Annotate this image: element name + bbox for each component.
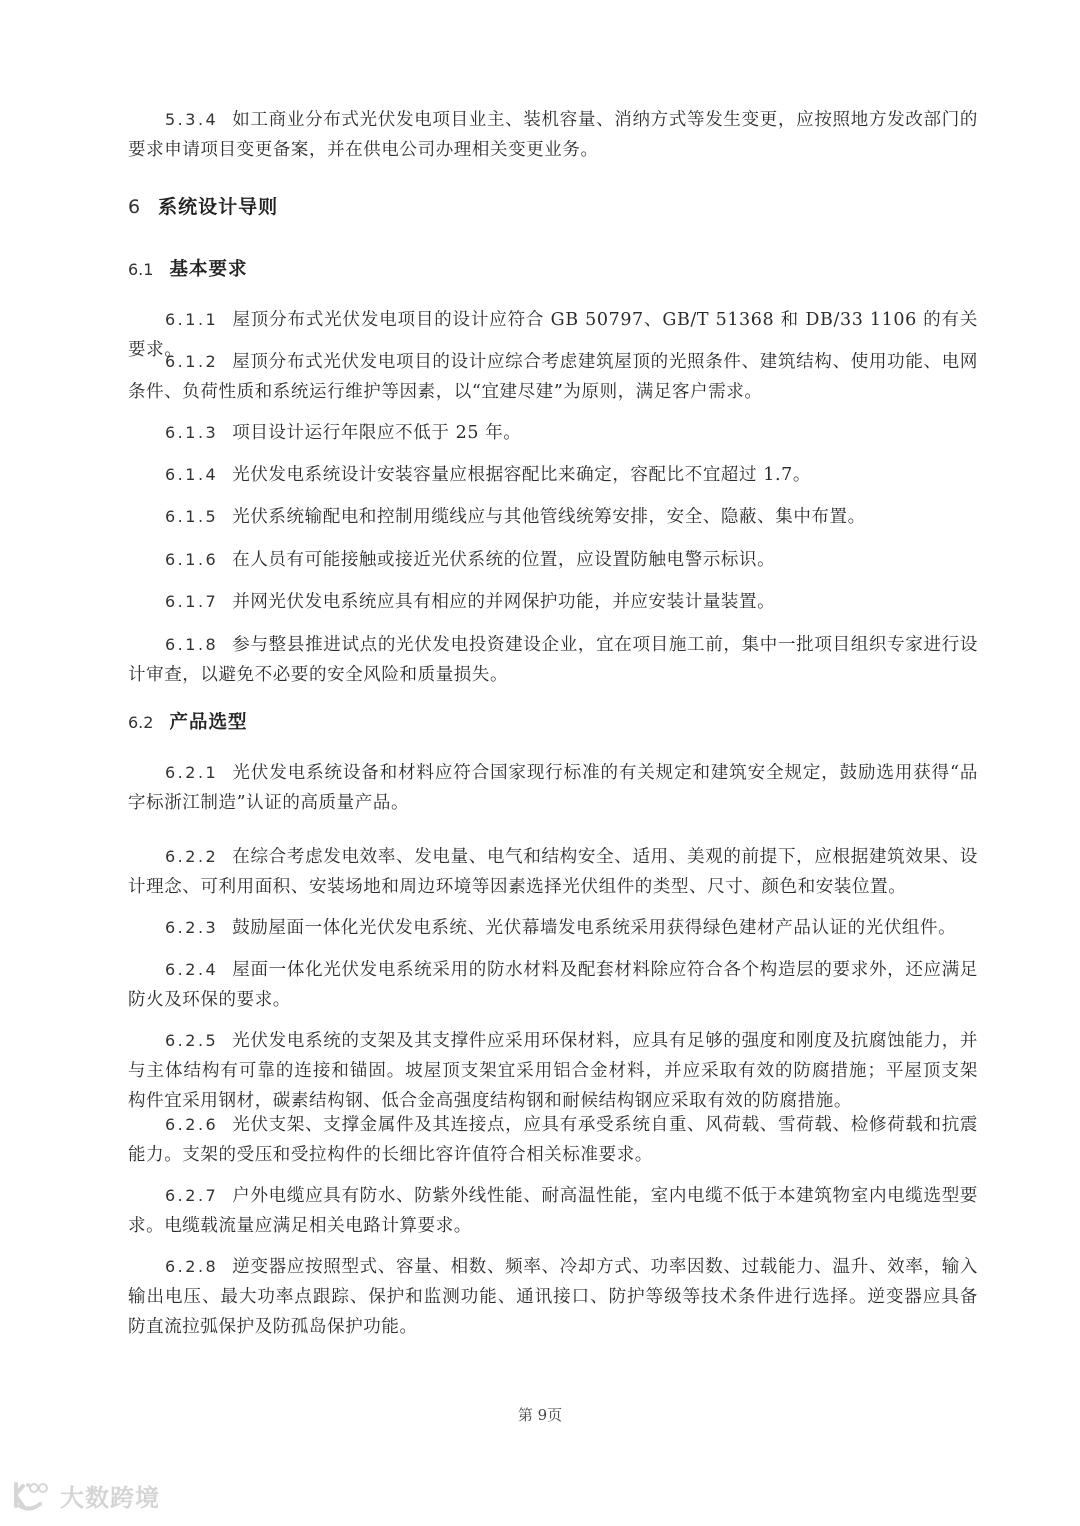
clause-text: 并网光伏发电系统应具有相应的并网保护功能，并应安装计量装置。 [232, 592, 775, 612]
subsection-number: 6.2 [128, 713, 153, 732]
clause-text: 参与整县推进试点的光伏发电投资建设企业，宜在项目施工前，集中一批项目组织专家进行… [128, 635, 978, 685]
clause-number: 6.1.5 [165, 507, 218, 526]
subsection-title: 产品选型 [169, 712, 247, 733]
clause-6-2-2: 6.2.2在综合考虑发电效率、发电量、电气和结构安全、适用、美观的前提下，应根据… [128, 842, 978, 902]
clause-number: 6.2.1 [165, 763, 218, 782]
watermark-brand-text: 大数跨境 [60, 1478, 160, 1513]
clause-number: 5.3.4 [165, 110, 218, 129]
clause-6-2-7: 6.2.7户外电缆应具有防水、防紫外线性能、耐高温性能，室内电缆不低于本建筑物室… [128, 1181, 978, 1241]
clause-6-2-6: 6.2.6光伏支架、支撑金属件及其连接点，应具有承受系统自重、风荷载、雪荷载、检… [128, 1110, 978, 1170]
clause-text: 屋顶分布式光伏发电项目的设计应综合考虑建筑屋顶的光照条件、建筑结构、使用功能、电… [128, 352, 978, 402]
page-number: 第 9页 [0, 1404, 1080, 1425]
clause-6-1-8: 6.1.8参与整县推进试点的光伏发电投资建设企业，宜在项目施工前，集中一批项目组… [128, 630, 978, 690]
subsection-heading-6-2: 6.2产品选型 [128, 708, 978, 738]
clause-number: 6.1.6 [165, 550, 218, 569]
clause-6-1-6: 6.1.6在人员有可能接触或接近光伏系统的位置，应设置防触电警示标识。 [128, 545, 978, 575]
clause-text: 光伏发电系统设备和材料应符合国家现行标准的有关规定和建筑安全规定，鼓励选用获得“… [128, 763, 978, 813]
clause-number: 6.2.2 [165, 847, 218, 866]
clause-6-2-4: 6.2.4屋面一体化光伏发电系统采用的防水材料及配套材料除应符合各个构造层的要求… [128, 955, 978, 1015]
watermark: 大数跨境 [10, 1478, 160, 1513]
clause-6-1-7: 6.1.7并网光伏发电系统应具有相应的并网保护功能，并应安装计量装置。 [128, 587, 978, 617]
clause-number: 6.2.5 [165, 1031, 218, 1050]
clause-5-3-4: 5.3.4如工商业分布式光伏发电项目业主、装机容量、消纳方式等发生变更，应按照地… [128, 105, 978, 165]
clause-6-2-8: 6.2.8逆变器应按照型式、容量、相数、频率、冷却方式、功率因数、过载能力、温升… [128, 1252, 978, 1342]
clause-text: 屋面一体化光伏发电系统采用的防水材料及配套材料除应符合各个构造层的要求外，还应满… [128, 960, 978, 1010]
clause-number: 6.2.4 [165, 960, 218, 979]
clause-text: 在人员有可能接触或接近光伏系统的位置，应设置防触电警示标识。 [232, 550, 775, 570]
clause-number: 6.1.7 [165, 592, 218, 611]
clause-6-1-4: 6.1.4光伏发电系统设计安装容量应根据容配比来确定，容配比不宜超过 1.7。 [128, 460, 978, 490]
clause-text: 光伏系统输配电和控制用缆线应与其他管线统筹安排，安全、隐蔽、集中布置。 [232, 507, 866, 527]
clause-6-1-5: 6.1.5光伏系统输配电和控制用缆线应与其他管线统筹安排，安全、隐蔽、集中布置。 [128, 502, 978, 532]
clause-text: 在综合考虑发电效率、发电量、电气和结构安全、适用、美观的前提下，应根据建筑效果、… [128, 847, 978, 897]
clause-text: 户外电缆应具有防水、防紫外线性能、耐高温性能，室内电缆不低于本建筑物室内电缆选型… [128, 1186, 978, 1236]
clause-number: 6.1.1 [165, 310, 218, 329]
subsection-title: 基本要求 [169, 259, 247, 280]
clause-6-2-3: 6.2.3鼓励屋面一体化光伏发电系统、光伏幕墙发电系统采用获得绿色建材产品认证的… [128, 913, 978, 943]
clause-6-1-3: 6.1.3项目设计运行年限应不低于 25 年。 [128, 418, 978, 448]
clause-text: 光伏发电系统设计安装容量应根据容配比来确定，容配比不宜超过 1.7。 [232, 465, 811, 485]
subsection-number: 6.1 [128, 260, 153, 279]
clause-text: 项目设计运行年限应不低于 25 年。 [232, 423, 521, 443]
clause-text: 逆变器应按照型式、容量、相数、频率、冷却方式、功率因数、过载能力、温升、效率，输… [128, 1257, 978, 1337]
clause-6-2-1: 6.2.1光伏发电系统设备和材料应符合国家现行标准的有关规定和建筑安全规定，鼓励… [128, 758, 978, 818]
clause-text: 光伏发电系统的支架及其支撑件应采用环保材料，应具有足够的强度和刚度及抗腐蚀能力，… [128, 1031, 978, 1111]
clause-number: 6.2.3 [165, 918, 218, 937]
clause-number: 6.1.4 [165, 465, 218, 484]
section-number: 6 [128, 196, 140, 218]
clause-number: 6.2.8 [165, 1257, 218, 1276]
section-heading-6: 6系统设计导则 [128, 192, 978, 222]
subsection-heading-6-1: 6.1基本要求 [128, 255, 978, 285]
clause-6-2-5: 6.2.5光伏发电系统的支架及其支撑件应采用环保材料，应具有足够的强度和刚度及抗… [128, 1026, 978, 1116]
clause-number: 6.1.3 [165, 423, 218, 442]
clause-number: 6.1.2 [165, 352, 218, 371]
clause-text: 光伏支架、支撑金属件及其连接点，应具有承受系统自重、风荷载、雪荷载、检修荷载和抗… [128, 1115, 978, 1165]
clause-number: 6.1.8 [165, 635, 218, 654]
clause-number: 6.2.7 [165, 1186, 218, 1205]
clause-text: 鼓励屋面一体化光伏发电系统、光伏幕墙发电系统采用获得绿色建材产品认证的光伏组件。 [232, 918, 956, 938]
clause-text: 如工商业分布式光伏发电项目业主、装机容量、消纳方式等发生变更，应按照地方发改部门… [128, 110, 978, 160]
section-title: 系统设计导则 [158, 196, 278, 218]
clause-number: 6.2.6 [165, 1115, 218, 1134]
brand-logo-icon [10, 1480, 54, 1512]
clause-6-1-2: 6.1.2屋顶分布式光伏发电项目的设计应综合考虑建筑屋顶的光照条件、建筑结构、使… [128, 347, 978, 407]
